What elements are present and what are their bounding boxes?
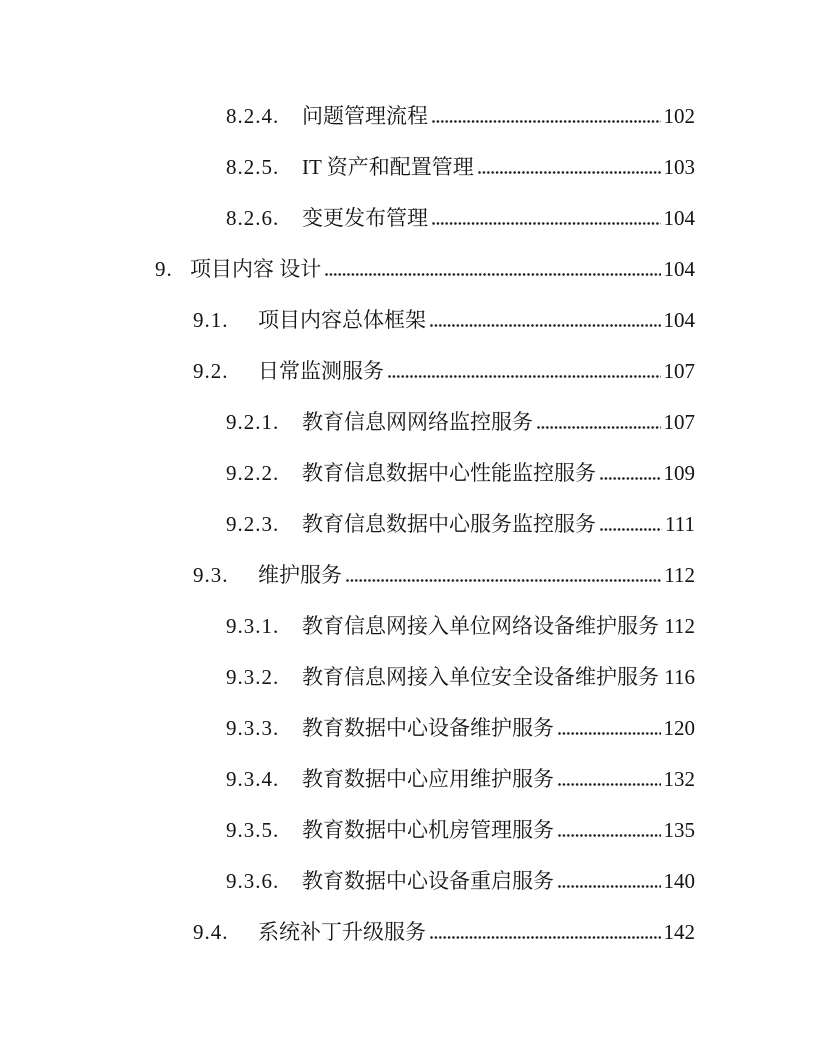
toc-entry-page: 120 [664, 703, 696, 754]
toc-entry[interactable]: 9.3.2. 教育信息网接入单位安全设备维护服务 116 [0, 652, 695, 703]
toc-entry-number: 9.2.1. [226, 397, 302, 448]
toc-entry[interactable]: 8.2.6. 变更发布管理 104 [0, 193, 695, 244]
document-page: 8.2.4. 问题管理流程 102 8.2.5. IT 资产和配置管理 103 … [0, 0, 816, 1056]
toc-entry-title: 教育数据中心设备维护服务 [302, 703, 554, 754]
toc-entry[interactable]: 8.2.5. IT 资产和配置管理 103 [0, 142, 695, 193]
dot-leader [430, 324, 661, 327]
dot-leader [388, 375, 661, 378]
toc-entry-page: 112 [664, 601, 695, 652]
dot-leader [432, 120, 661, 123]
toc-entry-number: 8.2.5. [226, 142, 302, 193]
toc-entry-title: 教育信息网接入单位安全设备维护服务 [302, 652, 659, 703]
toc-entry-number: 9.3.3. [226, 703, 302, 754]
dot-leader [537, 426, 661, 429]
toc-entry-page: 104 [664, 193, 696, 244]
toc-entry-number: 9.3.1. [226, 601, 302, 652]
toc-entry[interactable]: 9.1. 项目内容总体框架 104 [0, 295, 695, 346]
toc-entry[interactable]: 9.3. 维护服务 112 [0, 550, 695, 601]
toc-entry-title: 问题管理流程 [302, 91, 428, 142]
toc-entry[interactable]: 9.3.5. 教育数据中心机房管理服务 135 [0, 805, 695, 856]
dot-leader [430, 936, 661, 939]
toc-entry-number: 9.2.3. [226, 499, 302, 550]
toc-entry[interactable]: 9.2. 日常监测服务 107 [0, 346, 695, 397]
toc-entry[interactable]: 8.2.4. 问题管理流程 102 [0, 91, 695, 142]
toc-entry-title: 项目内容 设计 [190, 244, 321, 295]
toc-entry-number: 9.3.6. [226, 856, 302, 907]
toc-entry-page: 104 [664, 244, 696, 295]
toc-entry-number: 8.2.6. [226, 193, 302, 244]
dot-leader [558, 783, 661, 786]
toc-entry-title: 变更发布管理 [302, 193, 428, 244]
toc-entry[interactable]: 9.4. 系统补丁升级服务 142 [0, 907, 695, 958]
toc-entry-number: 9.2. [193, 346, 258, 397]
toc-entry[interactable]: 9.3.3. 教育数据中心设备维护服务 120 [0, 703, 695, 754]
toc-entry-page: 102 [664, 91, 696, 142]
dot-leader [600, 477, 661, 480]
toc-entry-number: 9.3.4. [226, 754, 302, 805]
toc-entry-page: 132 [664, 754, 696, 805]
toc-entry-number: 9.3.2. [226, 652, 302, 703]
toc-entry-title: 教育数据中心机房管理服务 [302, 805, 554, 856]
toc-entry-page: 103 [664, 142, 696, 193]
toc-entry-title: 教育信息数据中心性能监控服务 [302, 448, 596, 499]
toc-entry-title: 教育信息数据中心服务监控服务 [302, 499, 596, 550]
dot-leader [558, 834, 661, 837]
toc-entry-page: 107 [664, 346, 696, 397]
toc-entry[interactable]: 9.3.6. 教育数据中心设备重启服务 140 [0, 856, 695, 907]
dot-leader [325, 273, 660, 276]
toc-entry-page: 107 [664, 397, 696, 448]
toc-entry[interactable]: 9.2.3. 教育信息数据中心服务监控服务 111 [0, 499, 695, 550]
toc-entry-page: 142 [664, 907, 696, 958]
toc-entry-page: 111 [665, 499, 695, 550]
toc-entry-number: 9. [155, 244, 190, 295]
toc-entry[interactable]: 9.3.4. 教育数据中心应用维护服务 132 [0, 754, 695, 805]
dot-leader [432, 222, 661, 225]
toc-entry-title: 教育信息网接入单位网络设备维护服务 [302, 601, 659, 652]
toc-entry-title: 日常监测服务 [258, 346, 384, 397]
dot-leader [600, 528, 662, 531]
toc-entry[interactable]: 9.3.1. 教育信息网接入单位网络设备维护服务 112 [0, 601, 695, 652]
toc-entry-title: IT 资产和配置管理 [302, 142, 474, 193]
toc-entry-page: 112 [664, 550, 695, 601]
toc-entry-number: 8.2.4. [226, 91, 302, 142]
toc-entry-number: 9.2.2. [226, 448, 302, 499]
toc-entry-page: 140 [664, 856, 696, 907]
toc-entry-number: 9.4. [193, 907, 258, 958]
toc-entry[interactable]: 9. 项目内容 设计 104 [0, 244, 695, 295]
dot-leader [558, 885, 661, 888]
toc-entry-page: 104 [664, 295, 696, 346]
toc-entry[interactable]: 9.2.2. 教育信息数据中心性能监控服务 109 [0, 448, 695, 499]
toc-entry-number: 9.3.5. [226, 805, 302, 856]
toc-entry-title: 教育数据中心设备重启服务 [302, 856, 554, 907]
dot-leader [478, 171, 661, 174]
toc-entry-page: 109 [664, 448, 696, 499]
toc-entry-page: 116 [664, 652, 695, 703]
dot-leader [558, 732, 661, 735]
toc-entry-title: 教育信息网网络监控服务 [302, 397, 533, 448]
toc-entry-title: 维护服务 [258, 550, 342, 601]
dot-leader [346, 579, 661, 582]
toc-entry[interactable]: 9.2.1. 教育信息网网络监控服务 107 [0, 397, 695, 448]
toc-entry-number: 9.3. [193, 550, 258, 601]
toc-entry-title: 教育数据中心应用维护服务 [302, 754, 554, 805]
toc-list: 8.2.4. 问题管理流程 102 8.2.5. IT 资产和配置管理 103 … [0, 91, 695, 958]
toc-entry-title: 系统补丁升级服务 [258, 907, 426, 958]
toc-entry-title: 项目内容总体框架 [258, 295, 426, 346]
toc-entry-page: 135 [664, 805, 696, 856]
toc-entry-number: 9.1. [193, 295, 258, 346]
